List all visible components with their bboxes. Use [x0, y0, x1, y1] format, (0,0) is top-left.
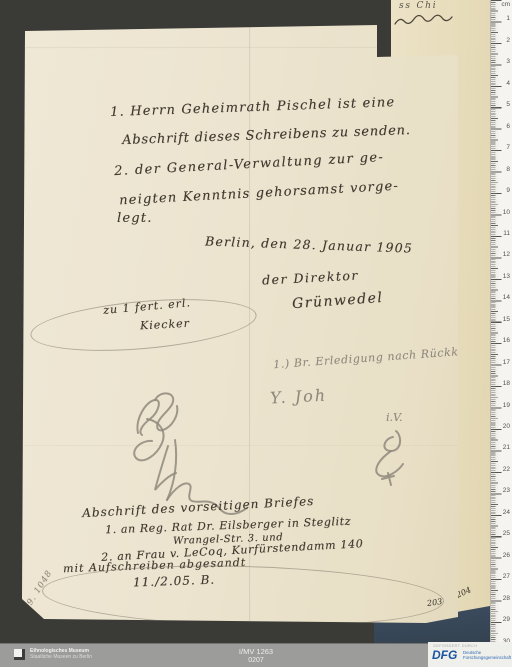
- letter-line: neigten Kenntnis gehorsamst vorge-: [119, 179, 400, 209]
- letter-line: legt.: [117, 211, 153, 226]
- pencil-oval-bottom: [41, 561, 444, 632]
- ruler-number: 5: [506, 101, 510, 108]
- ruler-number: 28: [503, 595, 510, 602]
- dfg-logo-panel: GEFÖRDERT DURCH DFG Deutsche Forschungsg…: [428, 642, 512, 667]
- ruler-number: 4: [506, 80, 510, 87]
- ruler-number: 22: [503, 466, 510, 473]
- ruler-number: 12: [503, 251, 510, 258]
- pencil-signature-flourish: [358, 427, 418, 489]
- ruler-number: 14: [503, 294, 510, 301]
- ruler-number: 17: [503, 359, 510, 366]
- pencil-oval-around-note: [28, 291, 258, 359]
- ruler: cm 1234567891011121314151617181920212223…: [490, 0, 512, 643]
- archival-scan-viewer: ss Chi 204 1. Herrn Geheimrath Pischel i…: [0, 0, 512, 667]
- funder-name-line2: Forschungsgemeinschaft: [463, 655, 511, 660]
- ruler-number: 19: [503, 402, 510, 409]
- pencil-initials: Y. Joh: [270, 386, 328, 408]
- ruler-number: 13: [503, 273, 510, 280]
- ruler-number: 11: [503, 230, 510, 237]
- ruler-number: 2: [506, 37, 510, 44]
- dfg-logo: DFG: [432, 648, 457, 662]
- ruler-number: 25: [503, 530, 510, 537]
- signature-name: Grünwedel: [292, 290, 384, 312]
- ruler-number: 3: [506, 58, 510, 65]
- signature-title: der Direktor: [262, 267, 359, 287]
- ruler-number: 9: [506, 187, 510, 194]
- letter-dateline: Berlin, den 28. Januar 1905: [205, 233, 413, 255]
- ruler-number: 21: [503, 444, 510, 451]
- ruler-number: 1: [506, 15, 510, 22]
- illegible-handwriting-fragment: [393, 14, 455, 28]
- page-main: 1. Herrn Geheimrath Pischel ist eine Abs…: [22, 25, 458, 623]
- ruler-number: 20: [503, 423, 510, 430]
- ruler-unit-label: cm: [501, 1, 510, 8]
- letter-line: 1. Herrn Geheimrath Pischel ist eine: [110, 95, 396, 120]
- pencil-note: 1.) Br. Erledigung nach Rückkehr: [273, 344, 480, 371]
- ruler-number: 15: [503, 316, 510, 323]
- ruler-number: 26: [503, 552, 510, 559]
- ruler-number: 8: [506, 166, 510, 173]
- letter-line: Abschrift dieses Schreibens zu senden.: [122, 123, 411, 148]
- typed-fragment: ss Chi: [399, 1, 437, 11]
- ruler-number: 23: [503, 487, 510, 494]
- pencil-iv-note: i.V.: [386, 411, 403, 424]
- ruler-number: 10: [503, 209, 510, 216]
- ruler-number: 16: [503, 337, 510, 344]
- ruler-number: 18: [503, 380, 510, 387]
- footer-bar: Ethnologisches Museum Staatliche Museen …: [0, 643, 512, 667]
- ruler-number: 7: [506, 144, 510, 151]
- ruler-number: 29: [503, 616, 510, 623]
- ruler-number: 24: [503, 509, 510, 516]
- ruler-number: 27: [503, 573, 510, 580]
- ruler-number: 6: [506, 123, 510, 130]
